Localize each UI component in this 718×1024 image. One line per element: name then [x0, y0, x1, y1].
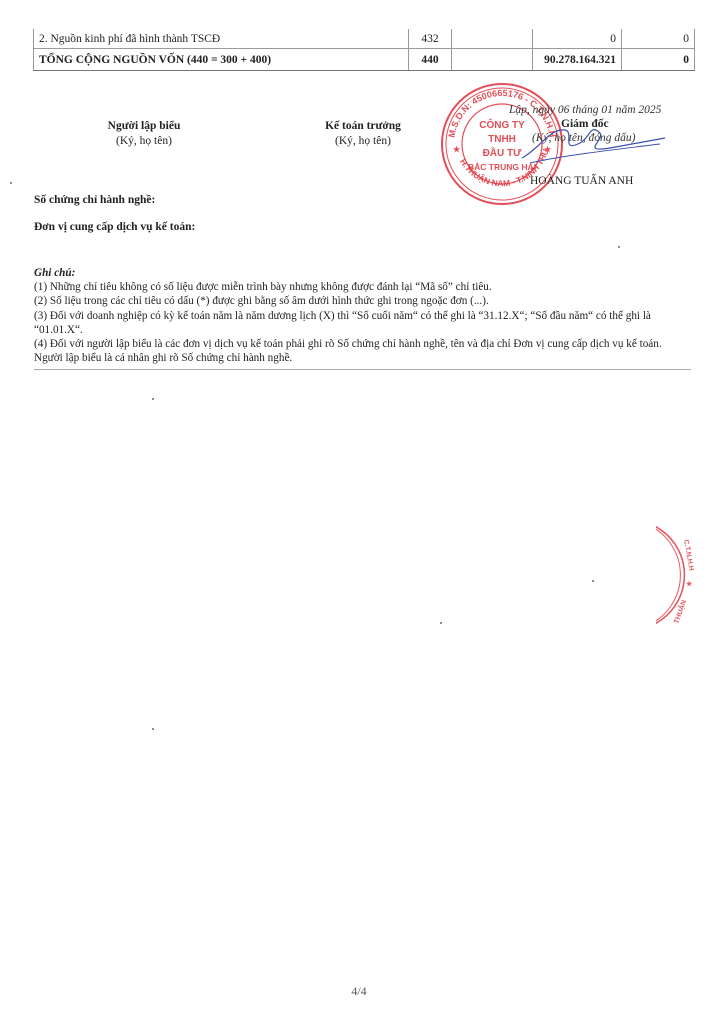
scan-speck — [152, 398, 154, 400]
row-code: 440 — [409, 49, 452, 71]
handwritten-signature-icon — [520, 118, 670, 168]
row-label: TỔNG CỘNG NGUỒN VỐN (440 = 300 + 400) — [34, 49, 409, 71]
row-label: 2. Nguồn kinh phí đã hình thành TSCĐ — [34, 29, 409, 49]
note-item: (2) Số liệu trong các chỉ tiêu có dấu (*… — [34, 294, 692, 308]
director-name: HOÀNG TUẤN ANH — [530, 175, 633, 187]
note-item: (3) Đối với doanh nghiệp có kỳ kế toán n… — [34, 309, 692, 337]
preparer-subtitle: (Ký, họ tên) — [84, 134, 204, 149]
table-row: 2. Nguồn kinh phí đã hình thành TSCĐ 432… — [34, 29, 695, 49]
divider — [34, 369, 691, 370]
row-note — [452, 29, 533, 49]
svg-text:TNHH: TNHH — [488, 134, 516, 145]
date-line: Lập, ngày 06 tháng 01 năm 2025 — [509, 104, 661, 116]
table-row-total: TỔNG CỘNG NGUỒN VỐN (440 = 300 + 400) 44… — [34, 49, 695, 71]
scan-speck — [152, 728, 154, 730]
row-note — [452, 49, 533, 71]
row-code: 432 — [409, 29, 452, 49]
page-number: 4/4 — [0, 984, 718, 999]
note-item: (4) Đối với người lập biểu là các đơn vị… — [34, 337, 692, 365]
svg-text:★: ★ — [453, 145, 461, 154]
notes-heading: Ghi chú: — [34, 266, 692, 280]
preparer-signature-block: Người lập biểu (Ký, họ tên) — [84, 119, 204, 149]
row-end-value: 90.278.164.321 — [533, 49, 622, 71]
svg-text:★: ★ — [686, 580, 693, 588]
service-unit-label: Đơn vị cung cấp dịch vụ kế toán: — [34, 221, 195, 233]
partial-stamp-icon: C.T.N.H.H ★ THUẬN — [656, 520, 706, 630]
chief-accountant-subtitle: (Ký, họ tên) — [303, 134, 423, 149]
notes-section: Ghi chú: (1) Những chỉ tiêu không có số … — [34, 266, 692, 365]
scan-speck — [618, 246, 620, 248]
note-item: (1) Những chỉ tiêu không có số liệu được… — [34, 280, 692, 294]
scan-speck — [592, 580, 594, 582]
chief-accountant-signature-block: Kế toán trưởng (Ký, họ tên) — [303, 119, 423, 149]
row-end-value: 0 — [533, 29, 622, 49]
svg-text:THUẬN: THUẬN — [671, 599, 688, 625]
svg-text:ĐẦU TƯ: ĐẦU TƯ — [483, 146, 523, 159]
certificate-label: Số chứng chỉ hành nghề: — [34, 194, 155, 206]
balance-sheet-table: 2. Nguồn kinh phí đã hình thành TSCĐ 432… — [33, 29, 695, 71]
preparer-title: Người lập biểu — [84, 119, 204, 134]
chief-accountant-title: Kế toán trưởng — [303, 119, 423, 134]
scan-speck — [10, 182, 12, 184]
row-begin-value: 0 — [622, 29, 695, 49]
svg-text:CÔNG TY: CÔNG TY — [479, 118, 525, 131]
scan-speck — [440, 622, 442, 624]
row-begin-value: 0 — [622, 49, 695, 71]
